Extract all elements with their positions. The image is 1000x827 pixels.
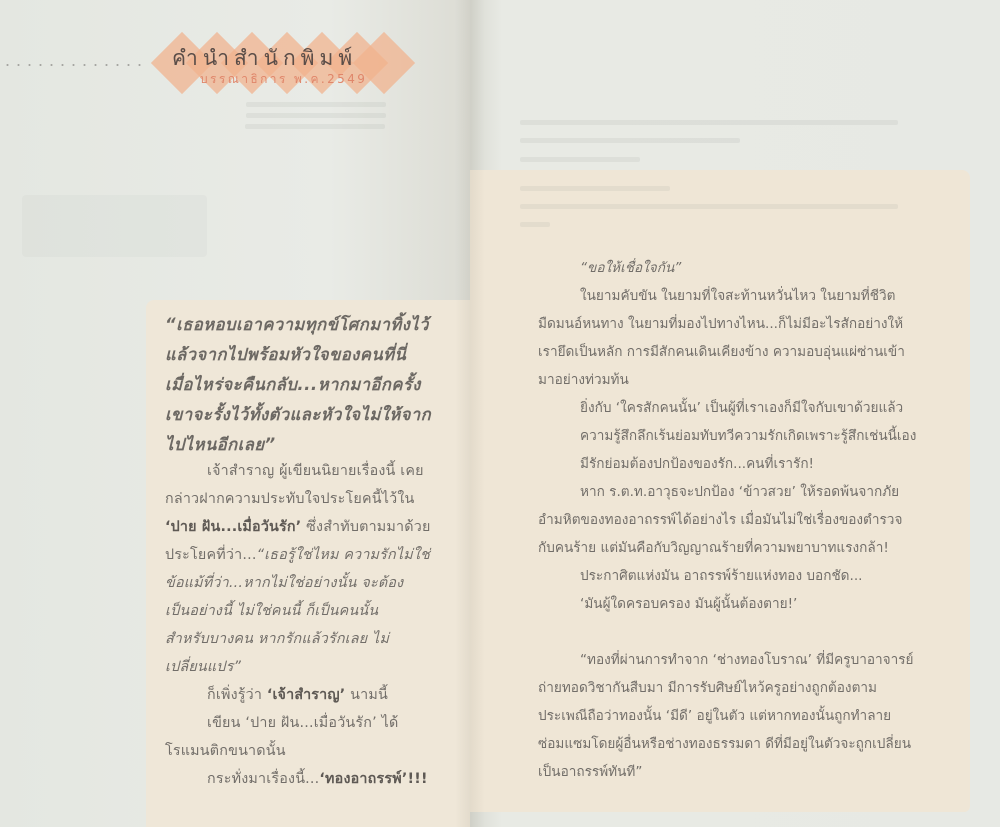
book-title: ‘ทองอาถรรพ์’!!! — [319, 771, 427, 787]
body-line: หาก ร.ต.ท.อาวุธจะปกป้อง ‘ข้าวสวย’ ให้รอด… — [538, 479, 968, 507]
book-title: ‘ปาย ฝัน...เมื่อวันรัก’ — [165, 519, 301, 535]
body-line: ถ่ายทอดวิชากันสืบมา มีการรับศิษย์ไหว้ครู… — [538, 675, 968, 703]
show-through-line — [520, 186, 670, 191]
show-through-line — [245, 124, 385, 129]
author-name: ‘เจ้าสำราญ’ — [267, 687, 346, 703]
body-line: ‘ปาย ฝัน...เมื่อวันรัก’ ซึ่งสำทับตามมาด้… — [165, 513, 460, 541]
body-line: “ทองที่ผ่านการทำจาก ‘ช่างทองโบราณ’ ที่มี… — [538, 647, 968, 675]
body-line: ‘มันผู้ใดครอบครอง มันผู้นั้นต้องตาย!’ — [538, 591, 968, 619]
show-through-box — [22, 195, 207, 257]
body-line: ข้อแม้ที่ว่า...หากไม่ใช่อย่างนั้น จะต้อง — [165, 569, 460, 597]
body-line: อำมหิตของทองอาถรรพ์ได้อย่างไร เมื่อมันไม… — [538, 507, 968, 535]
epigraph-line: เมื่อไหร่จะคืนกลับ...หากมาอีกครั้ง — [165, 370, 431, 400]
body-line: ก็เพิ่งรู้ว่า ‘เจ้าสำราญ’ นามนี้ — [165, 681, 460, 709]
body-line-heading-quote: “ขอให้เชื่อใจกัน” — [538, 255, 968, 283]
dotted-rule — [2, 64, 142, 66]
body-line: มืดมนอ์หนทาง ในยามที่มองไปทางไหน...ก็ไม่… — [538, 311, 968, 339]
body-line: เปลี่ยนแปร” — [165, 653, 460, 681]
body-line: ในยามคับขัน ในยามที่ใจสะท้านหวั่นไหว ในย… — [538, 283, 968, 311]
epigraph-line: แล้วจากไปพร้อมหัวใจของคนที่นี่ — [165, 340, 431, 370]
body-line: ซ่อมแซมโดยผู้อื่นหรือช่างทองธรรมดา ดีที่… — [538, 731, 968, 759]
body-text: นามนี้ — [345, 687, 388, 703]
body-line: เป็นอาถรรพ์ทันที” — [538, 759, 968, 787]
body-line: กล่าวฝากความประทับใจประโยคนี้ไว้ใน — [165, 485, 460, 513]
body-line: เจ้าสำราญ ผู้เขียนนิยายเรื่องนี้ เคย — [165, 457, 460, 485]
body-text: ประโยคที่ว่า... — [165, 547, 257, 563]
inline-quote: “เธอรู้ใช่ไหม ความรักไม่ใช่ — [257, 547, 430, 563]
show-through-line — [246, 102, 386, 107]
body-line: มาอย่างท่วมท้น — [538, 367, 968, 395]
epigraph-line: “เธอหอบเอาความทุกข์โศกมาทิ้งไว้ — [165, 310, 431, 340]
body-line: ความรู้สึกลึกเร้นย่อมทับทวีความรักเกิดเพ… — [538, 423, 968, 451]
body-line: ยิ่งกับ ‘ใครสักคนนั้น’ เป็นผู้ที่เราเองก… — [538, 395, 968, 423]
body-line: ประโยคที่ว่า...“เธอรู้ใช่ไหม ความรักไม่ใ… — [165, 541, 460, 569]
body-line: สำหรับบางคน หากรักแล้วรักเลย ไม่ — [165, 625, 460, 653]
body-text: ก็เพิ่งรู้ว่า — [207, 687, 267, 703]
body-line: กับคนร้าย แต่มันคือกับวิญญาณร้ายที่ความพ… — [538, 535, 968, 563]
section-header: คำนำสำนักพิมพ์ บรรณาธิการ พ.ค.2549 — [0, 28, 470, 98]
epigraph-quote: “เธอหอบเอาความทุกข์โศกมาทิ้งไว้ แล้วจากไ… — [165, 310, 431, 460]
body-line: เรายึดเป็นหลัก การมีสักคนเดินเคียงข้าง ค… — [538, 339, 968, 367]
show-through-line — [520, 120, 898, 125]
body-text: ซึ่งสำทับตามมาด้วย — [301, 519, 430, 535]
body-line: เป็นอย่างนี้ ไม่ใช่คนนี้ ก็เป็นคนนั้น — [165, 597, 460, 625]
body-text: กระทั่งมาเรื่องนี้... — [207, 771, 319, 787]
epigraph-line: เขาจะรั้งไว้ทั้งตัวและหัวใจไม่ให้จาก — [165, 400, 431, 430]
body-line: ประกาศิตแห่งมัน อาถรรพ์ร้ายแห่งทอง บอกชั… — [538, 563, 968, 591]
body-line: กระทั่งมาเรื่องนี้...‘ทองอาถรรพ์’!!! — [165, 765, 460, 793]
show-through-line — [246, 113, 386, 118]
right-body-text: “ขอให้เชื่อใจกัน” ในยามคับขัน ในยามที่ใจ… — [538, 255, 968, 787]
body-line: โรแมนติกขนาดนั้น — [165, 737, 460, 765]
show-through-line — [520, 222, 550, 227]
body-line: เขียน ‘ปาย ฝัน...เมื่อวันรัก’ ได้ — [165, 709, 460, 737]
epigraph-line: ไปไหนอีกเลย” — [165, 430, 431, 460]
left-body-text: เจ้าสำราญ ผู้เขียนนิยายเรื่องนี้ เคย กล่… — [165, 457, 460, 793]
show-through-line — [520, 138, 740, 143]
show-through-line — [520, 157, 640, 162]
show-through-line — [520, 204, 898, 209]
paragraph-gap — [538, 619, 968, 647]
body-line: ประเพณีถือว่าทองนั้น ‘มีดี’ อยู่ในตัว แต… — [538, 703, 968, 731]
body-line: มีรักย่อมต้องปกป้องของรัก...คนที่เรารัก! — [538, 451, 968, 479]
section-subtitle: บรรณาธิการ พ.ค.2549 — [200, 70, 367, 89]
